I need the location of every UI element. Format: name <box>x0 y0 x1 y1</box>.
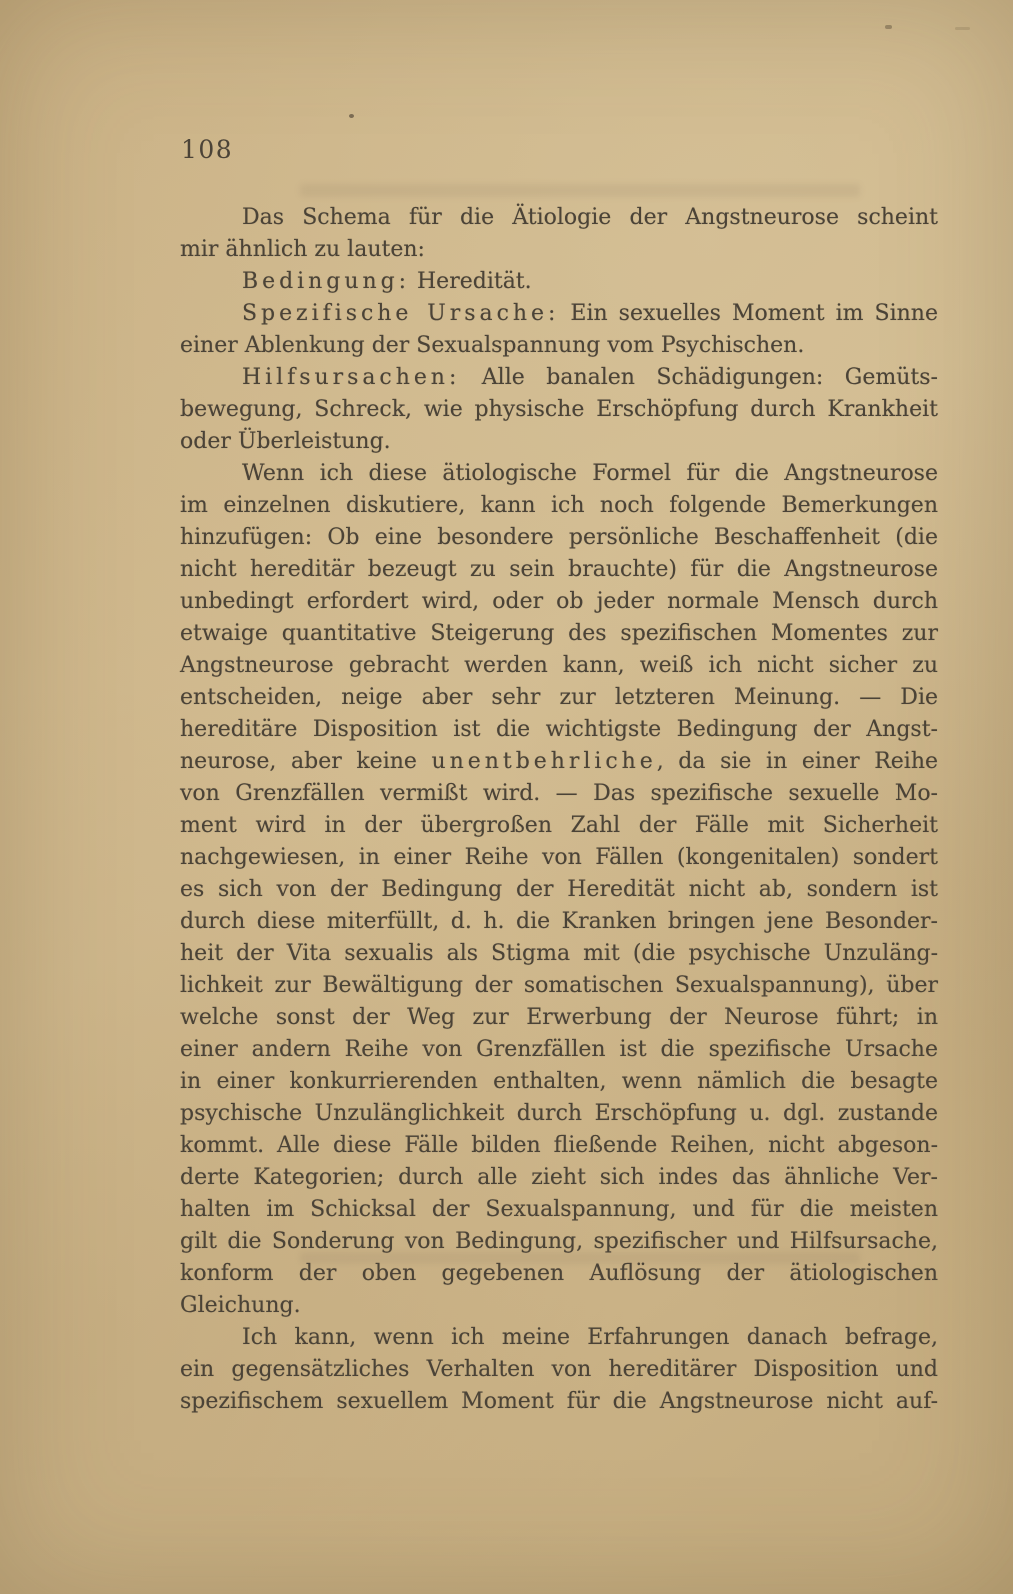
text-segment: Wenn ich diese ätiologische Formel für d… <box>242 461 938 486</box>
text-segment: nachgewiesen, in einer Reihe von Fällen … <box>180 845 938 870</box>
emphasized-spaced-text: Spezifische Ursache: <box>242 301 559 326</box>
text-line: welche sonst der Weg zur Erwerbung der N… <box>180 1002 938 1034</box>
text-line: heit der Vita sexualis als Stigma mit (d… <box>180 938 938 970</box>
text-line: nicht hereditär bezeugt zu sein brauchte… <box>180 554 938 586</box>
text-segment: oder Überleistung. <box>180 429 391 454</box>
text-line: Ich kann, wenn ich meine Erfahrungen dan… <box>180 1322 938 1354</box>
text-segment: bewegung, Schreck, wie physische Erschöp… <box>180 397 938 422</box>
text-segment: welche sonst der Weg zur Erwerbung der N… <box>180 1005 938 1030</box>
scanned-book-page: 108 Das Schema für die Ätiologie der Ang… <box>0 0 1013 1594</box>
text-line: einer Ablenkung der Sexualspannung vom P… <box>180 330 938 362</box>
text-segment: nicht hereditär bezeugt zu sein brauchte… <box>180 557 938 582</box>
text-line: Bedingung: Heredität. <box>180 266 938 298</box>
text-segment: konform der oben gegebenen Auflösung der… <box>180 1261 938 1286</box>
text-segment: Ein sexuelles Moment im Sinne <box>559 301 938 326</box>
text-line: entscheiden, neige aber sehr zur letzter… <box>180 682 938 714</box>
text-segment: Alle banalen Schädigungen: Gemüts- <box>460 365 938 390</box>
text-line: derte Kategorien; durch alle zieht sich … <box>180 1162 938 1194</box>
emphasized-spaced-text: Hilfsursachen: <box>242 365 460 390</box>
text-segment: derte Kategorien; durch alle zieht sich … <box>180 1165 938 1190</box>
text-line: bewegung, Schreck, wie physische Erschöp… <box>180 394 938 426</box>
text-segment: halten im Schicksal der Sexualspannung, … <box>180 1197 938 1222</box>
text-segment: ein gegensätzliches Verhalten von heredi… <box>180 1357 938 1382</box>
showthrough-mark <box>300 184 860 197</box>
text-line: durch diese miterfüllt, d. h. die Kranke… <box>180 906 938 938</box>
text-line: oder Überleistung. <box>180 426 938 458</box>
text-line: es sich von der Bedingung der Heredität … <box>180 874 938 906</box>
text-segment: kommt. Alle diese Fälle bilden fließende… <box>180 1133 938 1158</box>
ink-speck <box>349 114 354 118</box>
ink-speck <box>885 25 892 29</box>
emphasized-spaced-text: Bedingung: <box>242 269 410 294</box>
text-segment: , da sie in einer Reihe <box>657 749 938 774</box>
text-line: psychische Unzulänglichkeit durch Erschö… <box>180 1098 938 1130</box>
text-line: Angstneurose gebracht werden kann, weiß … <box>180 650 938 682</box>
text-line: Spezifische Ursache: Ein sexuelles Momen… <box>180 298 938 330</box>
text-line: Gleichung. <box>180 1290 938 1322</box>
text-line: lichkeit zur Bewältigung der somatischen… <box>180 970 938 1002</box>
ink-speck <box>955 27 970 30</box>
text-segment: Angstneurose gebracht werden kann, weiß … <box>180 653 938 678</box>
text-line: mir ähnlich zu lauten: <box>180 234 938 266</box>
text-segment: gilt die Sonderung von Bedingung, spezif… <box>180 1229 938 1254</box>
text-segment: ment wird in der übergroßen Zahl der Fäl… <box>180 813 938 838</box>
emphasized-spaced-text: unentbehrliche <box>432 749 657 774</box>
text-segment: von Grenzfällen vermißt wird. — Das spez… <box>180 781 938 806</box>
text-line: gilt die Sonderung von Bedingung, spezif… <box>180 1226 938 1258</box>
text-line: ein gegensätzliches Verhalten von heredi… <box>180 1354 938 1386</box>
text-segment: Das Schema für die Ätiologie der Angstne… <box>242 205 938 230</box>
text-line: halten im Schicksal der Sexualspannung, … <box>180 1194 938 1226</box>
text-segment: psychische Unzulänglichkeit durch Erschö… <box>180 1101 938 1126</box>
text-segment: hereditäre Disposition ist die wichtigst… <box>180 717 938 742</box>
text-line: kommt. Alle diese Fälle bilden fließende… <box>180 1130 938 1162</box>
text-segment: heit der Vita sexualis als Stigma mit (d… <box>180 941 938 966</box>
text-line: im einzelnen diskutiere, kann ich noch f… <box>180 490 938 522</box>
text-line: etwaige quantitative Steigerung des spez… <box>180 618 938 650</box>
text-segment: lichkeit zur Bewältigung der somatischen… <box>180 973 938 998</box>
text-segment: neurose, aber keine <box>180 749 432 774</box>
text-segment: entscheiden, neige aber sehr zur letzter… <box>180 685 938 710</box>
text-segment: es sich von der Bedingung der Heredität … <box>180 877 938 902</box>
text-line: Hilfsursachen: Alle banalen Schädigungen… <box>180 362 938 394</box>
text-segment: einer Ablenkung der Sexualspannung vom P… <box>180 333 804 358</box>
text-line: nachgewiesen, in einer Reihe von Fällen … <box>180 842 938 874</box>
text-segment: Ich kann, wenn ich meine Erfahrungen dan… <box>242 1325 938 1350</box>
text-line: neurose, aber keine unentbehrliche, da s… <box>180 746 938 778</box>
text-line: in einer konkurrierenden enthalten, wenn… <box>180 1066 938 1098</box>
text-line: spezifischem sexuellem Moment für die An… <box>180 1386 938 1418</box>
body-text: Das Schema für die Ätiologie der Angstne… <box>180 202 938 1418</box>
text-line: ment wird in der übergroßen Zahl der Fäl… <box>180 810 938 842</box>
text-segment: durch diese miterfüllt, d. h. die Kranke… <box>180 909 938 934</box>
text-line: einer andern Reihe von Grenzfällen ist d… <box>180 1034 938 1066</box>
text-segment: spezifischem sexuellem Moment für die An… <box>180 1389 938 1414</box>
text-line: konform der oben gegebenen Auflösung der… <box>180 1258 938 1290</box>
text-line: hereditäre Disposition ist die wichtigst… <box>180 714 938 746</box>
text-segment: mir ähnlich zu lauten: <box>180 237 425 262</box>
text-line: hinzufügen: Ob eine besondere persönlich… <box>180 522 938 554</box>
text-segment: in einer konkurrierenden enthalten, wenn… <box>180 1069 938 1094</box>
text-line: unbedingt erfordert wird, oder ob jeder … <box>180 586 938 618</box>
text-line: Das Schema für die Ätiologie der Angstne… <box>180 202 938 234</box>
text-line: Wenn ich diese ätiologische Formel für d… <box>180 458 938 490</box>
text-segment: hinzufügen: Ob eine besondere persönlich… <box>180 525 938 550</box>
text-segment: etwaige quantitative Steigerung des spez… <box>180 621 938 646</box>
page-number: 108 <box>181 135 233 164</box>
text-segment: unbedingt erfordert wird, oder ob jeder … <box>180 589 938 614</box>
text-line: von Grenzfällen vermißt wird. — Das spez… <box>180 778 938 810</box>
text-segment: Heredität. <box>410 269 532 294</box>
text-segment: einer andern Reihe von Grenzfällen ist d… <box>180 1037 938 1062</box>
text-segment: im einzelnen diskutiere, kann ich noch f… <box>180 493 938 518</box>
text-segment: Gleichung. <box>180 1293 301 1318</box>
